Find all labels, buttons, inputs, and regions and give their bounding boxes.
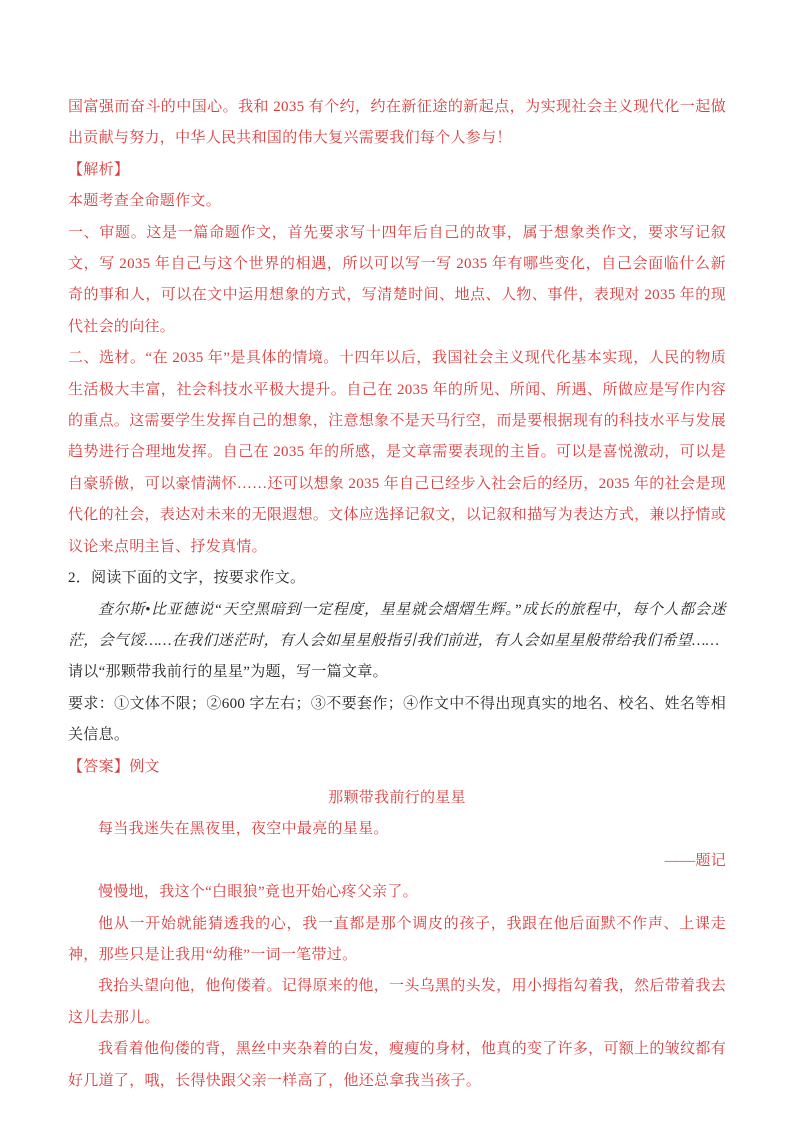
prompt-instruction: 请以“那颗带我前行的星星”为题，写一篇文章。 [68, 657, 726, 688]
essay-epigraph: 每当我迷失在黑夜里，夜空中最亮的星星。 [68, 814, 726, 845]
question-2-header: 2．阅读下面的文字，按要求作文。 [68, 563, 726, 594]
analysis-label: 【解析】 [68, 155, 726, 186]
prompt-requirements: 要求：①文体不限；②600 字左右；③不要套作；④作文中不得出现真实的地名、校名… [68, 689, 726, 752]
analysis-point-topic-review: 一、审题。这是一篇命题作文，首先要求写十四年后自己的故事，属于想象类作文，要求写… [68, 218, 726, 344]
epigraph-signature: ——题记 [68, 846, 726, 877]
essay-paragraph-2: 他从一开始就能猜透我的心，我一直都是那个调皮的孩子，我跟在他后面默不作声、上课走… [68, 909, 726, 972]
essay-title: 那颗带我前行的星星 [68, 783, 726, 814]
essay-paragraph-3: 我抬头望向他，他佝偻着。记得原来的他，一头乌黑的头发，用小拇指勾着我，然后带着我… [68, 971, 726, 1034]
analysis-intro: 本题考查全命题作文。 [68, 186, 726, 217]
document-page: 国富强而奋斗的中国心。我和 2035 有个约，约在新征途的新起点，为实现社会主义… [0, 0, 793, 1122]
essay-paragraph-4: 我看着他佝偻的背，黑丝中夹杂着的白发，瘦瘦的身材，他真的变了许多，可额上的皱纹都… [68, 1034, 726, 1097]
analysis-point-material: 二、选材。“在 2035 年”是具体的情境。十四年以后，我国社会主义现代化基本实… [68, 343, 726, 563]
answer-label: 【答案】例文 [68, 752, 726, 783]
analysis-continuation-paragraph: 国富强而奋斗的中国心。我和 2035 有个约，约在新征途的新起点，为实现社会主义… [68, 92, 726, 155]
essay-paragraph-1: 慢慢地，我这个“白眼狼”竟也开始心疼父亲了。 [68, 877, 726, 908]
page-content: 国富强而奋斗的中国心。我和 2035 有个约，约在新征途的新起点，为实现社会主义… [68, 92, 726, 1097]
prompt-quote: 查尔斯•比亚德说“天空黑暗到一定程度，星星就会熠熠生辉。”成长的旅程中，每个人都… [68, 595, 726, 658]
